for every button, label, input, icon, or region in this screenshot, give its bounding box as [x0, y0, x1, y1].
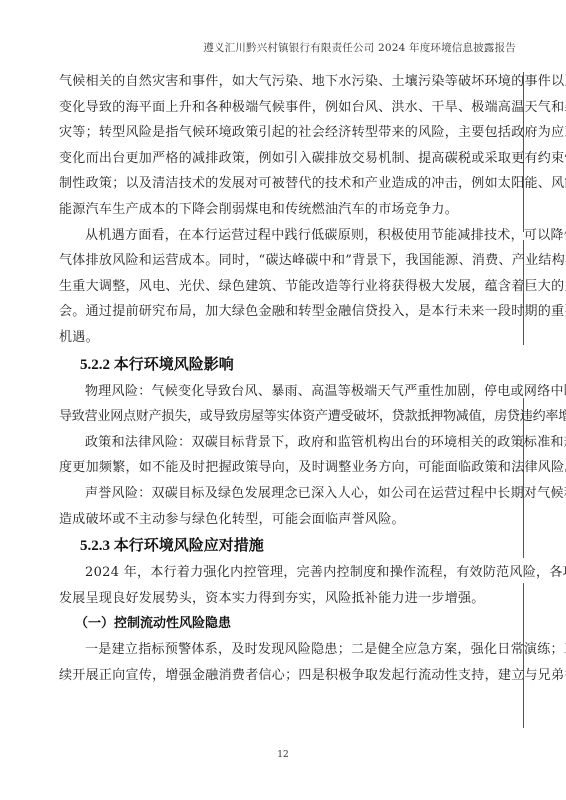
text-line: 物理风险：气候变化导致台风、暴雨、高温等极端天气严重性加剧，停电或网络中断可能	[59, 379, 519, 405]
paragraph-reputation-risk: 声誉风险：双碳目标及绿色发展理念已深入人心，如公司在运营过程中长期对气候和环境 …	[59, 481, 519, 532]
text-line: 气候相关的自然灾害和事件，如大气污染、地下水污染、土壤污染等破坏环境的事件以及气…	[59, 69, 519, 95]
text-line: 造成破坏或不主动参与绿色化转型，可能会面临声誉风险。	[59, 507, 519, 533]
text-line: 从机遇方面看，在本行运营过程中践行低碳原则，积极使用节能减排技术，可以降低温室	[59, 223, 519, 249]
text-line: 度更加频繁，如不能及时把握政策导向，及时调整业务方向，可能面临政策和法律风险。	[59, 455, 519, 481]
text-line: 2024 年，本行着力强化内控管理，完善内控制度和操作流程，有效防范风险，各项业…	[59, 560, 519, 586]
text-line: 制性政策；以及清洁技术的发展对可被替代的技术和产业造成的冲击，例如太阳能、风能和…	[59, 171, 519, 197]
subsection-heading-liquidity: （一）控制流动性风险隐患	[59, 611, 519, 637]
text-line: 一是建立指标预警体系，及时发现风险隐患；二是健全应急方案，强化日常演练；三是持	[59, 637, 519, 663]
text-line: 续开展正向宣传，增强金融消费者信心；四是积极争取发起行流动性支持，建立与兄弟行间…	[59, 663, 519, 689]
page-header: 遵义汇川黔兴村镇银行有限责任公司 2024 年度环境信息披露报告	[203, 40, 516, 55]
text-line: 会。通过提前研究布局，加大绿色金融和转型金融信贷投入，是本行未来一段时期的重要发…	[59, 299, 519, 325]
page-number: 12	[0, 750, 566, 760]
text-line: 导致营业网点财产损失，或导致房屋等实体资产遭受破坏，贷款抵押物减值，房贷违约率增…	[59, 404, 519, 430]
section-heading-5-2-3: 5.2.3 本行环境风险应对措施	[59, 532, 519, 560]
text-line: 变化导致的海平面上升和各种极端气候事件，例如台风、洪水、干旱、极端高温天气和森林…	[59, 95, 519, 121]
text-line: 政策和法律风险：双碳目标背景下，政府和监管机构出台的环境相关的政策标准和规章制	[59, 430, 519, 456]
text-line: 气体排放风险和运营成本。同时，“碳达峰碳中和”背景下，我国能源、消费、产业结构将…	[59, 248, 519, 274]
paragraph-measures-intro: 2024 年，本行着力强化内控管理，完善内控制度和操作流程，有效防范风险，各项业…	[59, 560, 519, 611]
text-line: 发展呈现良好发展势头，资本实力得到夯实，风险抵补能力进一步增强。	[59, 586, 519, 612]
text-line: 声誉风险：双碳目标及绿色发展理念已深入人心，如公司在运营过程中长期对气候和环境	[59, 481, 519, 507]
text-line: 能源汽车生产成本的下降会削弱煤电和传统燃油汽车的市场竞争力。	[59, 197, 519, 223]
text-line: 机遇。	[59, 325, 519, 351]
section-heading-5-2-2: 5.2.2 本行环境风险影响	[59, 351, 519, 379]
paragraph-policy-risk: 政策和法律风险：双碳目标背景下，政府和监管机构出台的环境相关的政策标准和规章制 …	[59, 430, 519, 481]
paragraph-physical-risk: 物理风险：气候变化导致台风、暴雨、高温等极端天气严重性加剧，停电或网络中断可能 …	[59, 379, 519, 430]
text-line: 灾等；转型风险是指气候环境政策引起的社会经济转型带来的风险，主要包括政府为应对气…	[59, 120, 519, 146]
document-body: 气候相关的自然灾害和事件，如大气污染、地下水污染、土壤污染等破坏环境的事件以及气…	[59, 69, 519, 688]
text-line: 变化而出台更加严格的减排政策，例如引入碳排放交易机制、提高碳税或采取更有约束性的…	[59, 146, 519, 172]
paragraph-liquidity: 一是建立指标预警体系，及时发现风险隐患；二是健全应急方案，强化日常演练；三是持 …	[59, 637, 519, 688]
text-line: 生重大调整，风电、光伏、绿色建筑、节能改造等行业将获得极大发展，蕴含着巨大的业务…	[59, 274, 519, 300]
paragraph-climate-risk: 气候相关的自然灾害和事件，如大气污染、地下水污染、土壤污染等破坏环境的事件以及气…	[59, 69, 519, 223]
paragraph-opportunities: 从机遇方面看，在本行运营过程中践行低碳原则，积极使用节能减排技术，可以降低温室 …	[59, 223, 519, 351]
